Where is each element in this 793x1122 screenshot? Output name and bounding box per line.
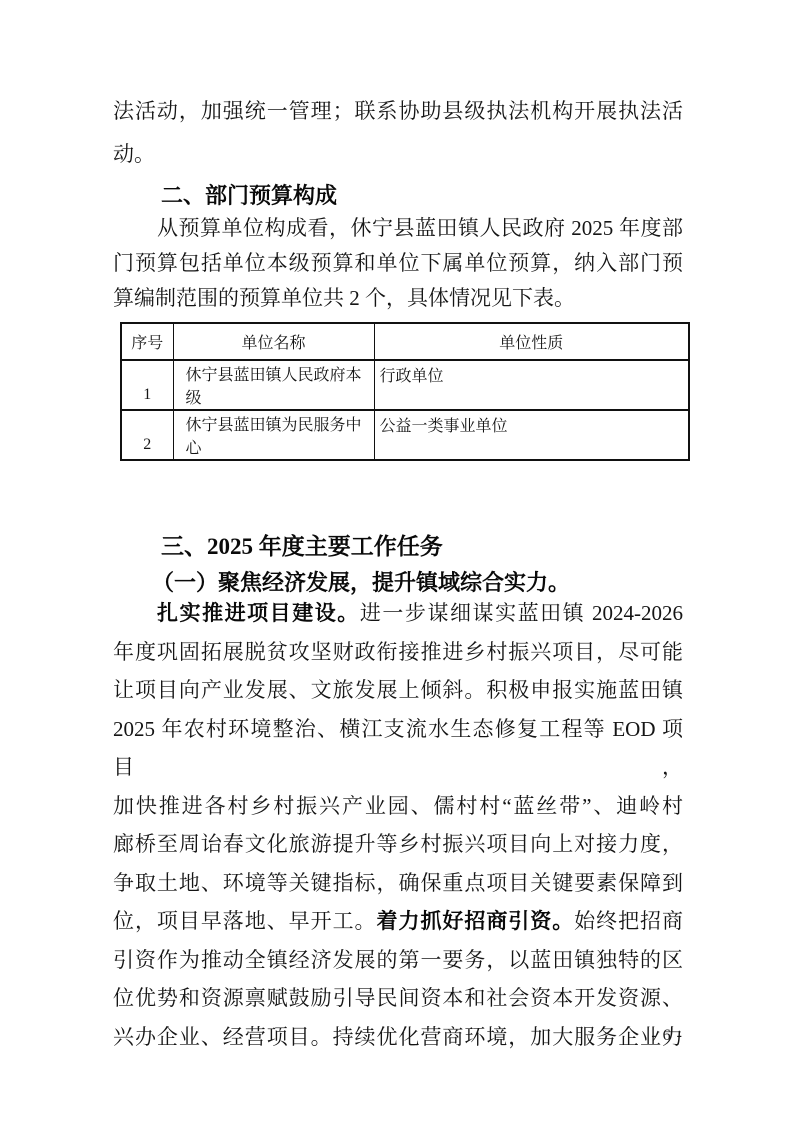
table-row: 2 休宁县蓝田镇为民服务中心 公益一类事业单位 — [121, 410, 689, 460]
paragraph-line: 从预算单位构成看，休宁县蓝田镇人民政府 2025 年度部 — [113, 211, 683, 246]
table-row: 1 休宁县蓝田镇人民政府本级 行政单位 — [121, 360, 689, 410]
paragraph-text: 位，项目早落地、早开工。 — [113, 909, 377, 933]
paragraph-text: 进一步谋细谋实蓝田镇 2024-2026 — [360, 601, 683, 625]
paragraph-line: 兴办企业、经营项目。持续优化营商环境，加大服务企业力 — [113, 1018, 683, 1057]
cell-unit-type: 公益一类事业单位 — [374, 410, 689, 460]
section-heading-budget-composition: 二、部门预算构成 — [161, 179, 337, 210]
cell-unit-name: 休宁县蓝田镇人民政府本级 — [173, 360, 374, 410]
table-header-unit-name: 单位名称 — [173, 323, 374, 360]
paragraph-line: 动。 — [113, 133, 683, 176]
budget-composition-paragraph: 从预算单位构成看，休宁县蓝田镇人民政府 2025 年度部 门预算包括单位本级预算… — [113, 211, 683, 316]
document-page: 法活动，加强统一管理；联系协助县级执法机构开展执法活 动。 二、部门预算构成 从… — [0, 0, 793, 1122]
table-header-row: 序号 单位名称 单位性质 — [121, 323, 689, 360]
cell-seq: 1 — [121, 360, 173, 410]
budget-units-table: 序号 单位名称 单位性质 1 休宁县蓝田镇人民政府本级 行政单位 2 休宁县蓝田… — [120, 322, 690, 461]
paragraph-line: 争取土地、环境等关键指标，确保重点项目关键要素保障到 — [113, 864, 683, 903]
paragraph-line: 2025 年农村环境整治、横江支流水生态修复工程等 EOD 项目， — [113, 710, 683, 787]
section-heading-work-tasks: 三、2025 年度主要工作任务 — [161, 528, 443, 561]
paragraph-line: 算编制范围的预算单位共 2 个，具体情况见下表。 — [113, 281, 683, 316]
paragraph-text: 始终把招商 — [574, 909, 683, 933]
subsection-heading-economy: （一）聚焦经济发展，提升镇域综合实力。 — [152, 566, 570, 597]
work-tasks-paragraph: 扎实推进项目建设。进一步谋细谋实蓝田镇 2024-2026 年度巩固拓展脱贫攻坚… — [113, 594, 683, 1056]
paragraph-line: 加快推进各村乡村振兴产业园、儒村村“蓝丝带”、迪岭村 — [113, 787, 683, 826]
paragraph-line: 法活动，加强统一管理；联系协助县级执法机构开展执法活 — [113, 90, 683, 133]
paragraph-line: 门预算包括单位本级预算和单位下属单位预算，纳入部门预 — [113, 246, 683, 281]
paragraph-line: 廊桥至周诒春文化旅游提升等乡村振兴项目向上对接力度， — [113, 825, 683, 864]
emphasis-project-construction: 扎实推进项目建设。 — [157, 601, 360, 625]
cell-seq: 2 — [121, 410, 173, 460]
paragraph-line: 引资作为推动全镇经济发展的第一要务，以蓝田镇独特的区 — [113, 941, 683, 980]
paragraph-line: 年度巩固拓展脱贫攻坚财政衔接推进乡村振兴项目，尽可能 — [113, 633, 683, 672]
paragraph-line: 位，项目早落地、早开工。着力抓好招商引资。始终把招商 — [113, 902, 683, 941]
page-number: - 6 - — [651, 1027, 683, 1045]
paragraph-line: 让项目向产业发展、文旅发展上倾斜。积极申报实施蓝田镇 — [113, 671, 683, 710]
cell-unit-name: 休宁县蓝田镇为民服务中心 — [173, 410, 374, 460]
intro-continuation-paragraph: 法活动，加强统一管理；联系协助县级执法机构开展执法活 动。 — [113, 90, 683, 176]
table-header-unit-type: 单位性质 — [374, 323, 689, 360]
emphasis-investment-attraction: 着力抓好招商引资。 — [377, 909, 575, 933]
table-header-seq: 序号 — [121, 323, 173, 360]
paragraph-line: 位优势和资源禀赋鼓励引导民间资本和社会资本开发资源、 — [113, 979, 683, 1018]
cell-unit-type: 行政单位 — [374, 360, 689, 410]
paragraph-line: 扎实推进项目建设。进一步谋细谋实蓝田镇 2024-2026 — [113, 594, 683, 633]
